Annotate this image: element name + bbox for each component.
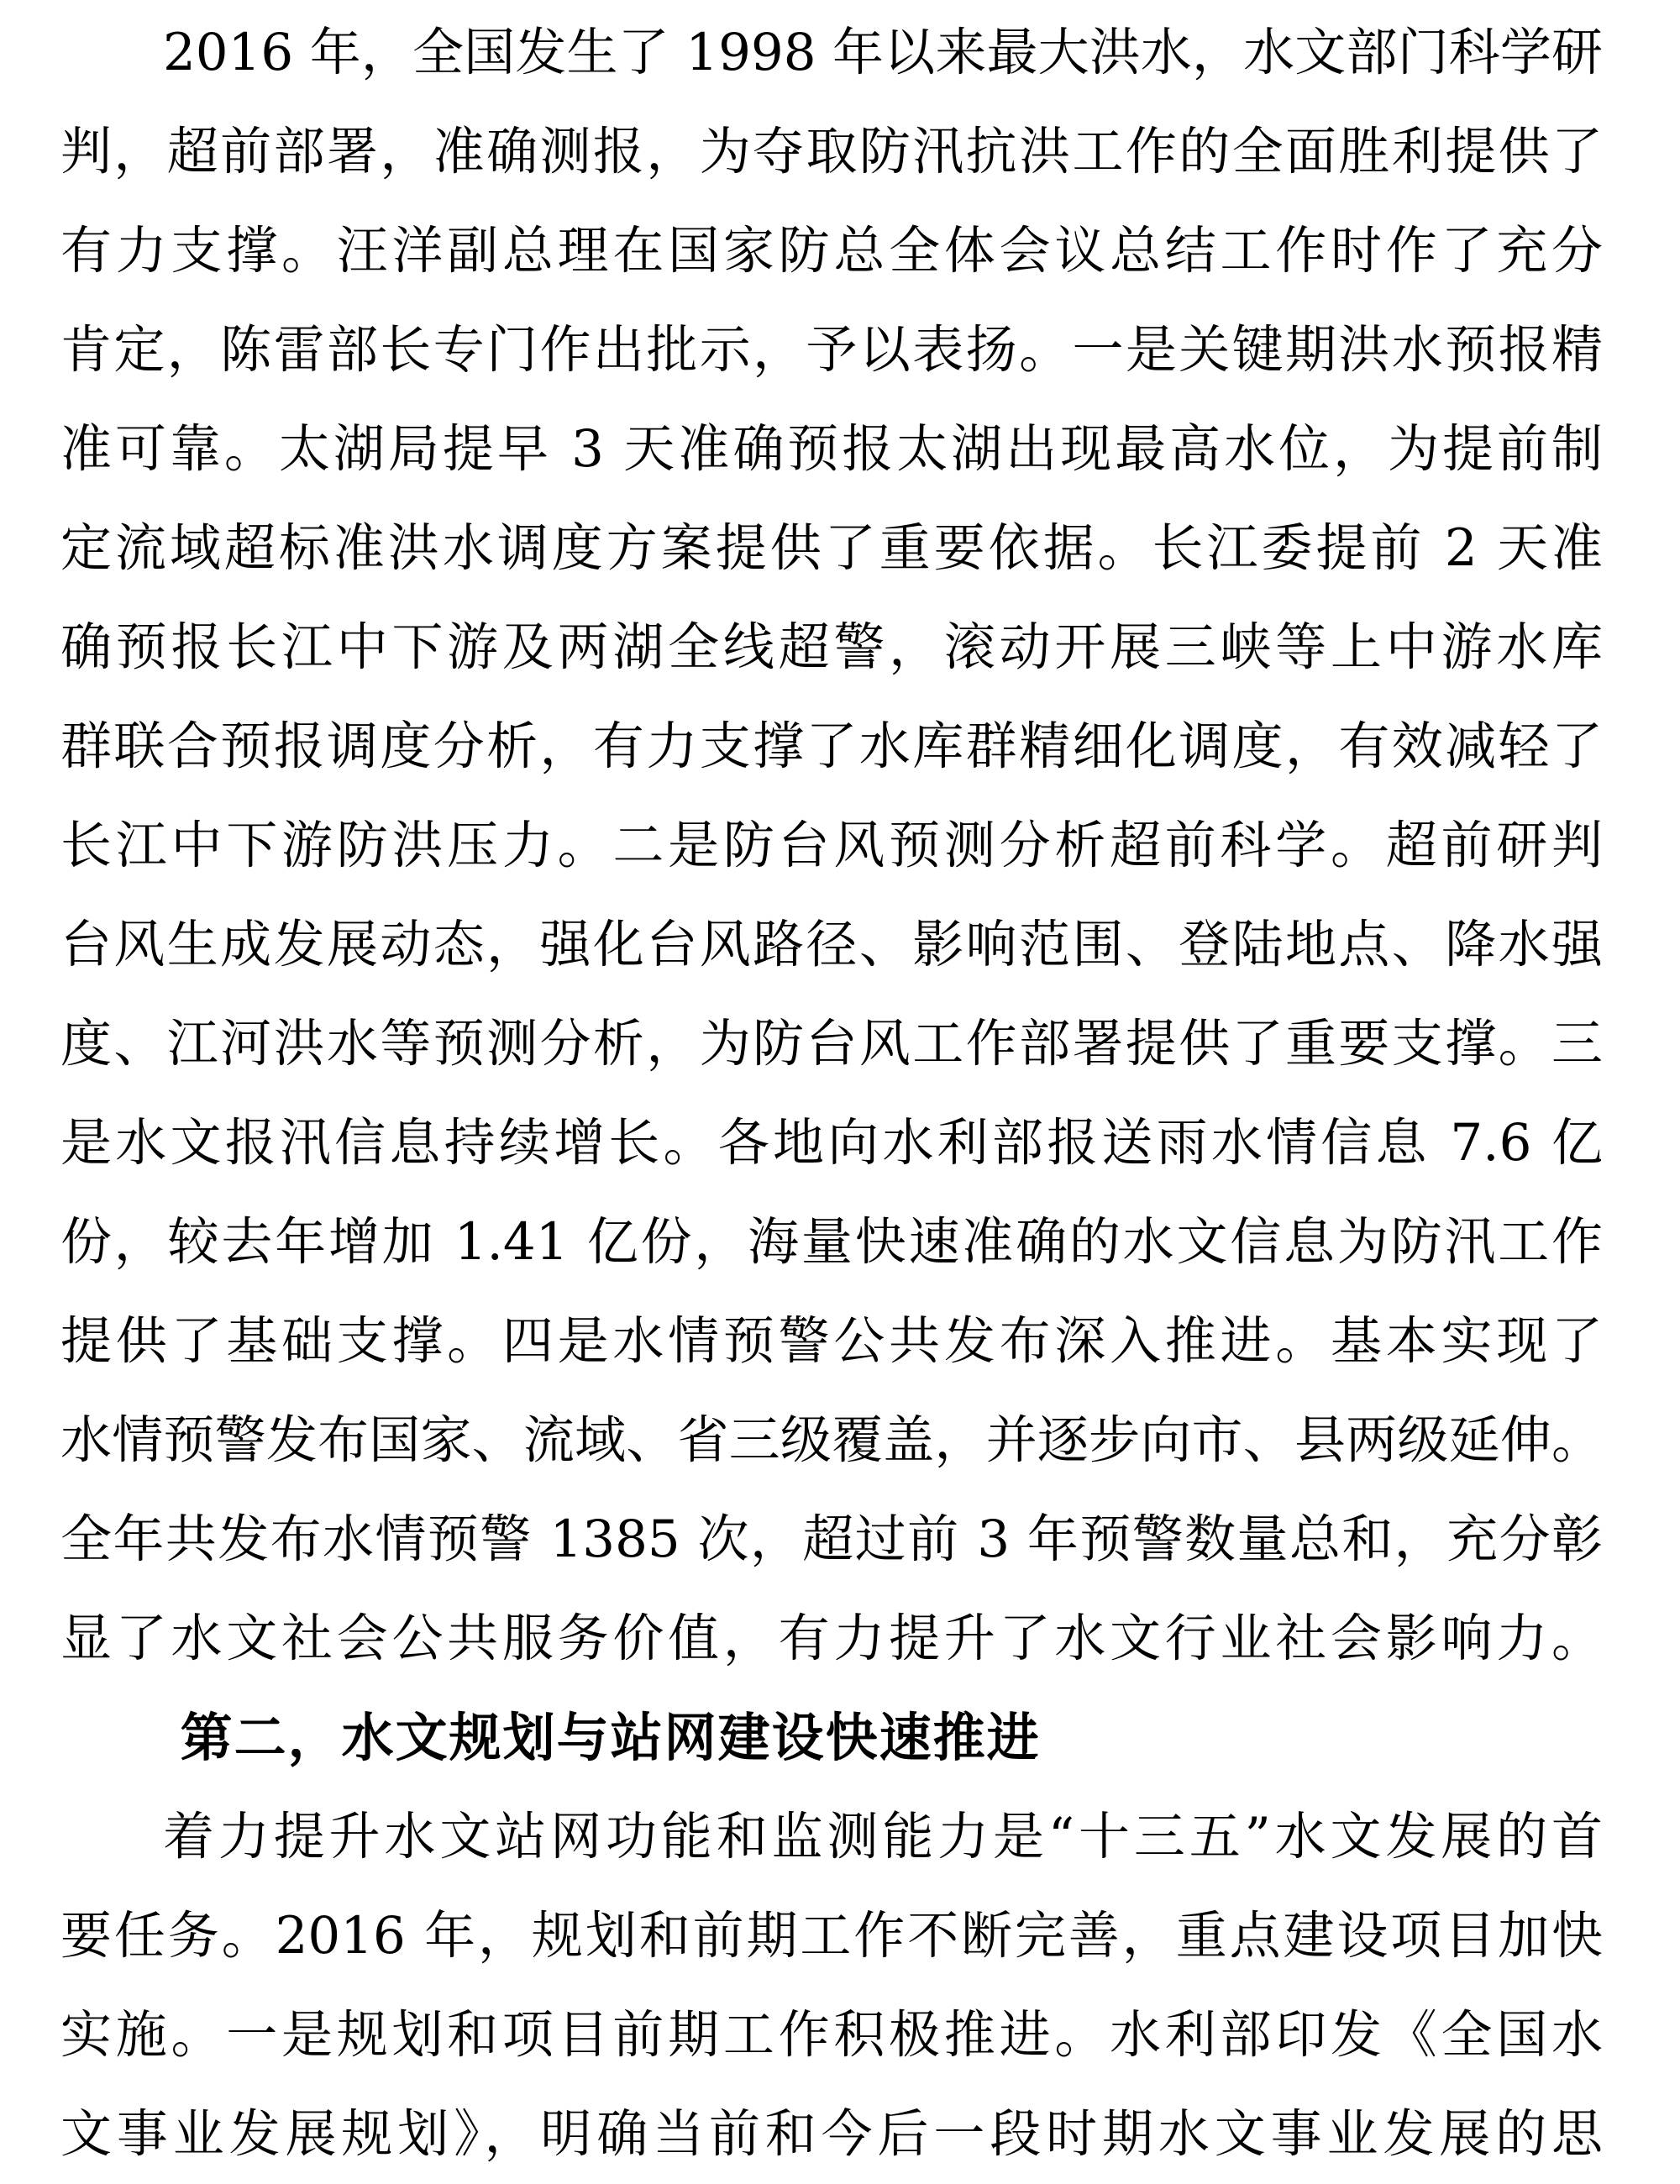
text-line: 判，超前部署，准确测报，为夺取防汛抗洪工作的全面胜利提供了 [60,102,1603,202]
section-heading: 第二，水文规划与站网建设快速推进 [60,1688,1603,1788]
text-block: 2016 年，全国发生了 1998 年以来最大洪水，水文部门科学研 判，超前部署… [60,3,1603,2184]
document-page: 2016 年，全国发生了 1998 年以来最大洪水，水文部门科学研 判，超前部署… [0,0,1680,2184]
text-line: 是水文报汛信息持续增长。各地向水利部报送雨水情信息 7.6 亿 [60,1094,1603,1193]
text-line: 群联合预报调度分析，有力支撑了水库群精细化调度，有效减轻了 [60,697,1603,796]
text-line: 定流域超标准洪水调度方案提供了重要依据。长江委提前 2 天准 [60,499,1603,598]
text-line: 2016 年，全国发生了 1998 年以来最大洪水，水文部门科学研 [60,3,1603,102]
text-line: 水情预警发布国家、流域、省三级覆盖，并逐步向市、县两级延伸。 [60,1391,1603,1490]
text-line: 要任务。2016 年，规划和前期工作不断完善，重点建设项目加快 [60,1887,1603,1986]
text-line: 全年共发布水情预警 1385 次，超过前 3 年预警数量总和，充分彰 [60,1490,1603,1589]
text-line: 有力支撑。汪洋副总理在国家防总全体会议总结工作时作了充分 [60,202,1603,301]
text-line: 份，较去年增加 1.41 亿份，海量快速准确的水文信息为防汛工作 [60,1193,1603,1292]
text-line: 提供了基础支撑。四是水情预警公共发布深入推进。基本实现了 [60,1292,1603,1391]
text-line: 显了水文社会公共服务价值，有力提升了水文行业社会影响力。 [60,1589,1603,1688]
text-line: 实施。一是规划和项目前期工作积极推进。水利部印发《全国水 [60,1986,1603,2085]
text-line: 确预报长江中下游及两湖全线超警，滚动开展三峡等上中游水库 [60,598,1603,697]
text-line: 肯定，陈雷部长专门作出批示，予以表扬。一是关键期洪水预报精 [60,301,1603,400]
text-line: 着力提升水文站网功能和监测能力是“十三五”水文发展的首 [60,1788,1603,1887]
text-line: 长江中下游防洪压力。二是防台风预测分析超前科学。超前研判 [60,796,1603,895]
text-line: 准可靠。太湖局提早 3 天准确预报太湖出现最高水位，为提前制 [60,400,1603,499]
text-line: 度、江河洪水等预测分析，为防台风工作部署提供了重要支撑。三 [60,995,1603,1094]
text-line: 文事业发展规划》，明确当前和今后一段时期水文事业发展的思 [60,2085,1603,2184]
text-line: 台风生成发展动态，强化台风路径、影响范围、登陆地点、降水强 [60,895,1603,995]
